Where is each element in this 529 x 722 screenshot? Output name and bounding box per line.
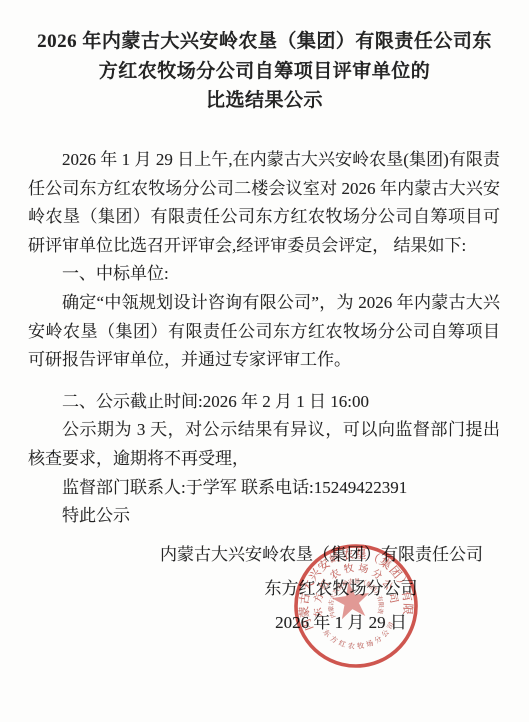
document-body: 2026 年 1 月 29 日上午,在内蒙古大兴安岭农垦(集团)有限责任公司东方… — [28, 146, 500, 531]
notice-document: 2026 年内蒙古大兴安岭农垦（集团）有限责任公司东 方红农牧场分公司自筹项目评… — [0, 0, 529, 722]
title-line-3: 比选结果公示 — [0, 86, 529, 116]
document-title: 2026 年内蒙古大兴安岭农垦（集团）有限责任公司东 方红农牧场分公司自筹项目评… — [0, 0, 529, 116]
paragraph-meeting-intro: 2026 年 1 月 29 日上午,在内蒙古大兴安岭农垦(集团)有限责任公司东方… — [28, 146, 500, 260]
title-line-1: 2026 年内蒙古大兴安岭农垦（集团）有限责任公司东 — [0, 27, 529, 57]
official-seal: 内蒙古大兴安岭农垦（集团）有限责任公司 东方红农牧场分公司 内蒙古大兴安岭农垦（… — [281, 531, 431, 681]
svg-text:东方红农牧场分公司: 东方红农牧场分公司 — [321, 618, 399, 655]
paragraph-section2-deadline: 二、公示截止时间:2026 年 2 月 1 日 16:00 — [28, 388, 500, 417]
paragraph-objection-period: 公示期为 3 天，对公示结果有异议，可以向监督部门提出核查要求，逾期将不再受理， — [28, 416, 500, 473]
paragraph-section1-heading: 一、中标单位: — [28, 260, 500, 289]
paragraph-supervisor-contact: 监督部门联系人:于学军 联系电话:15249422391 — [28, 474, 500, 503]
title-line-2: 方红农牧场分公司自筹项目评审单位的 — [0, 57, 529, 87]
paragraph-closing: 特此公示 — [28, 502, 500, 531]
paragraph-winning-bidder: 确定“中瓴规划设计咨询有限公司”，为 2026 年内蒙古大兴安岭农垦（集团）有限… — [28, 289, 500, 375]
seal-noise-text-bottom: 东方红农牧场分公司 — [321, 618, 399, 655]
